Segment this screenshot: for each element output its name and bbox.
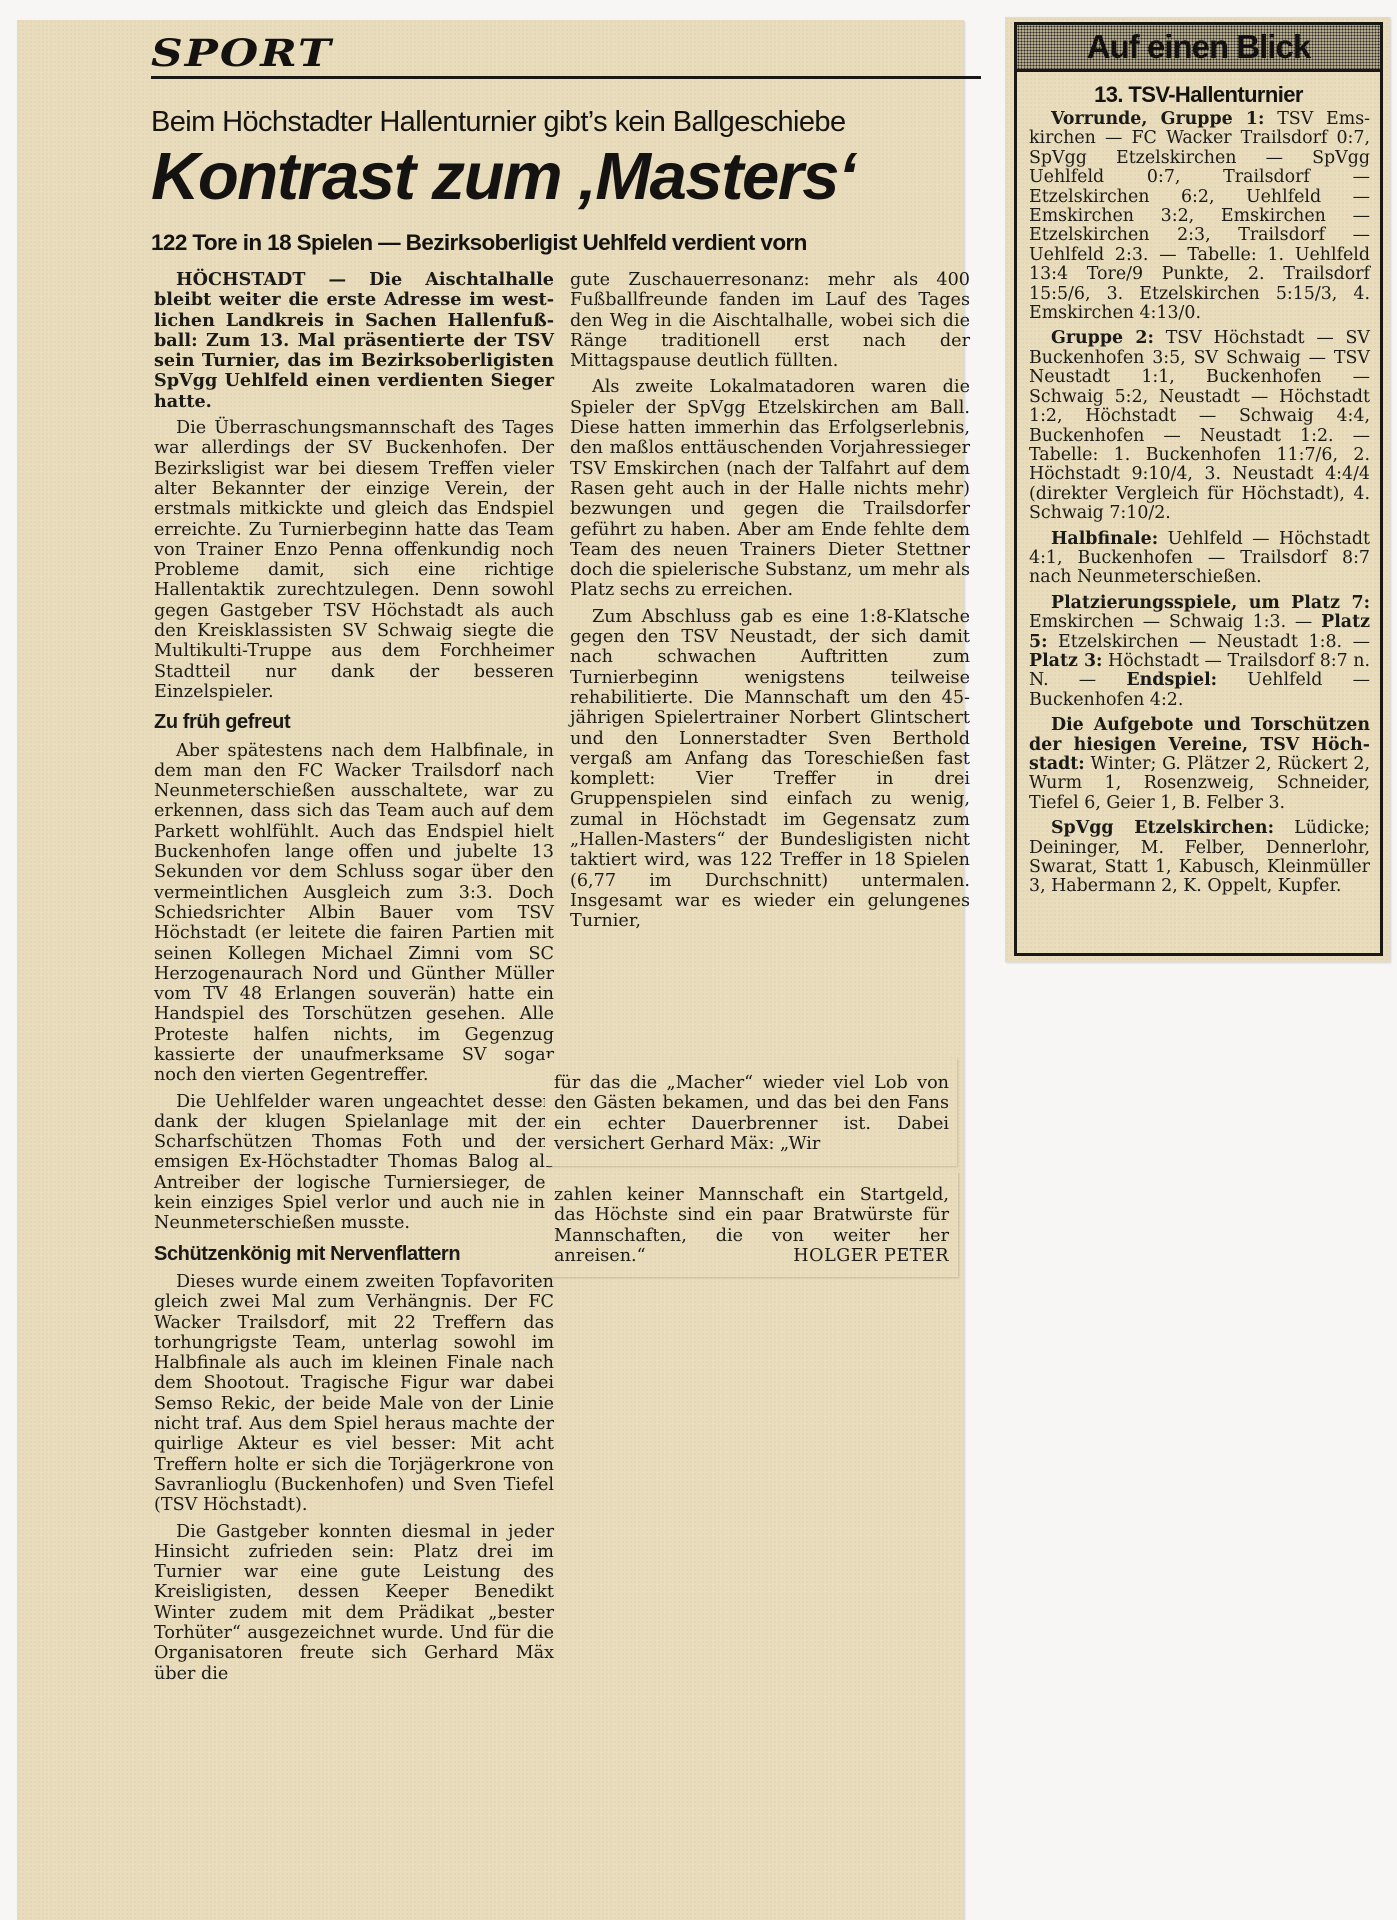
label: Halbfinale: xyxy=(1051,529,1158,549)
squad-hoechstadt: Die Aufgebote und Torschützen der hiesig… xyxy=(1029,716,1370,813)
article-column-1: HÖCHSTADT — Die Aischtalhalle bleibt wei… xyxy=(154,270,554,1690)
label: Gruppe 2: xyxy=(1051,328,1154,348)
squad-etzelskirchen: SpVgg Etzelskirchen: Lüdicke; Deininger,… xyxy=(1029,819,1370,897)
label: Endspiel: xyxy=(1126,670,1217,690)
label: Vorrunde, Gruppe 1: xyxy=(1051,109,1264,129)
results-placement: Platzierungsspiele, um Platz 7: Emskirch… xyxy=(1029,594,1370,710)
paragraph: Die Gastgeber konnten diesmal in jeder H… xyxy=(154,1522,554,1684)
label: SpVgg Etzelskirchen: xyxy=(1051,818,1274,838)
article-continuation-strip-2: zahlen keiner Mannschaft ein Start­geld,… xyxy=(545,1172,958,1277)
article-lead: HÖCHSTADT — Die Aischtalhalle bleibt wei… xyxy=(154,270,554,412)
article-subheadline: 122 Tore in 18 Spielen — Bezirksoberligi… xyxy=(151,230,807,256)
article-continuation-strip-1: für das die „Macher“ wieder viel Lob von… xyxy=(545,1058,957,1166)
results-text: Emskirchen — Schwaig 1:3. — xyxy=(1029,612,1312,632)
paragraph: Aber spätestens nach dem Halbfina­le, in… xyxy=(154,741,554,1086)
results-text: Etzelskirchen — Neustadt 1:8. — xyxy=(1058,632,1370,652)
section-rule xyxy=(151,76,981,79)
results-text: TSV Höchstadt — SV Buckenhofen 3:5, SV S… xyxy=(1029,328,1370,523)
article-clipping: SPORT Beim Höchstadter Hallenturnier gib… xyxy=(17,20,964,1920)
subheading: Schützenkönig mit Nervenflattern xyxy=(154,1244,554,1264)
paragraph: Als zweite Lokalmatadoren waren die Spie… xyxy=(570,377,970,600)
article-kicker: Beim Höchstadter Hallenturnier gibt’s ke… xyxy=(151,106,845,139)
author-byline: HOLGER PETER xyxy=(793,1246,949,1266)
paragraph: Die Uehlfelder waren ungeachtet dessen d… xyxy=(154,1092,554,1234)
article-headline: Kontrast zum ‚Masters‘ xyxy=(151,138,855,215)
info-box-body: Vorrunde, Gruppe 1: TSV Ems­kirchen — FC… xyxy=(1017,110,1380,897)
subheading: Zu früh gefreut xyxy=(154,712,554,732)
info-box-title-bar: Auf einen Blick xyxy=(1017,25,1380,72)
article-column-2: gute Zuschauerresonanz: mehr als 400 Fuß… xyxy=(570,270,970,938)
closing-paragraph: zahlen keiner Mannschaft ein Start­geld,… xyxy=(554,1185,949,1266)
info-box: Auf einen Blick 13. TSV-Hallenturnier Vo… xyxy=(1014,22,1383,956)
label: Platz 3: xyxy=(1029,651,1102,671)
paragraph: für das die „Macher“ wieder viel Lob von… xyxy=(554,1073,949,1154)
label: Platzierungsspiele, um Platz 7: xyxy=(1051,593,1370,613)
paragraph: gute Zuschauerresonanz: mehr als 400 Fuß… xyxy=(570,270,970,371)
paragraph: Die Überraschungsmannschaft des Tages wa… xyxy=(154,418,554,702)
info-box-title: Auf einen Blick xyxy=(1087,25,1310,69)
results-semifinal: Halbfinale: Uehlfeld — Höch­stadt 4:1, B… xyxy=(1029,530,1370,588)
paragraph: Zum Abschluss gab es eine 1:8-Klat­sche … xyxy=(570,607,970,932)
results-group-1: Vorrunde, Gruppe 1: TSV Ems­kirchen — FC… xyxy=(1029,110,1370,323)
section-heading: SPORT xyxy=(151,32,333,75)
results-group-2: Gruppe 2: TSV Höchstadt — SV Buckenhofen… xyxy=(1029,329,1370,523)
info-box-clipping: Auf einen Blick 13. TSV-Hallenturnier Vo… xyxy=(1005,17,1390,962)
info-box-subtitle: 13. TSV-Hallenturnier xyxy=(1017,82,1380,108)
paragraph: Dieses wurde einem zweiten Topfa­voriten… xyxy=(154,1272,554,1516)
results-text: TSV Ems­kirchen — FC Wacker Trailsdorf 0… xyxy=(1029,109,1370,323)
